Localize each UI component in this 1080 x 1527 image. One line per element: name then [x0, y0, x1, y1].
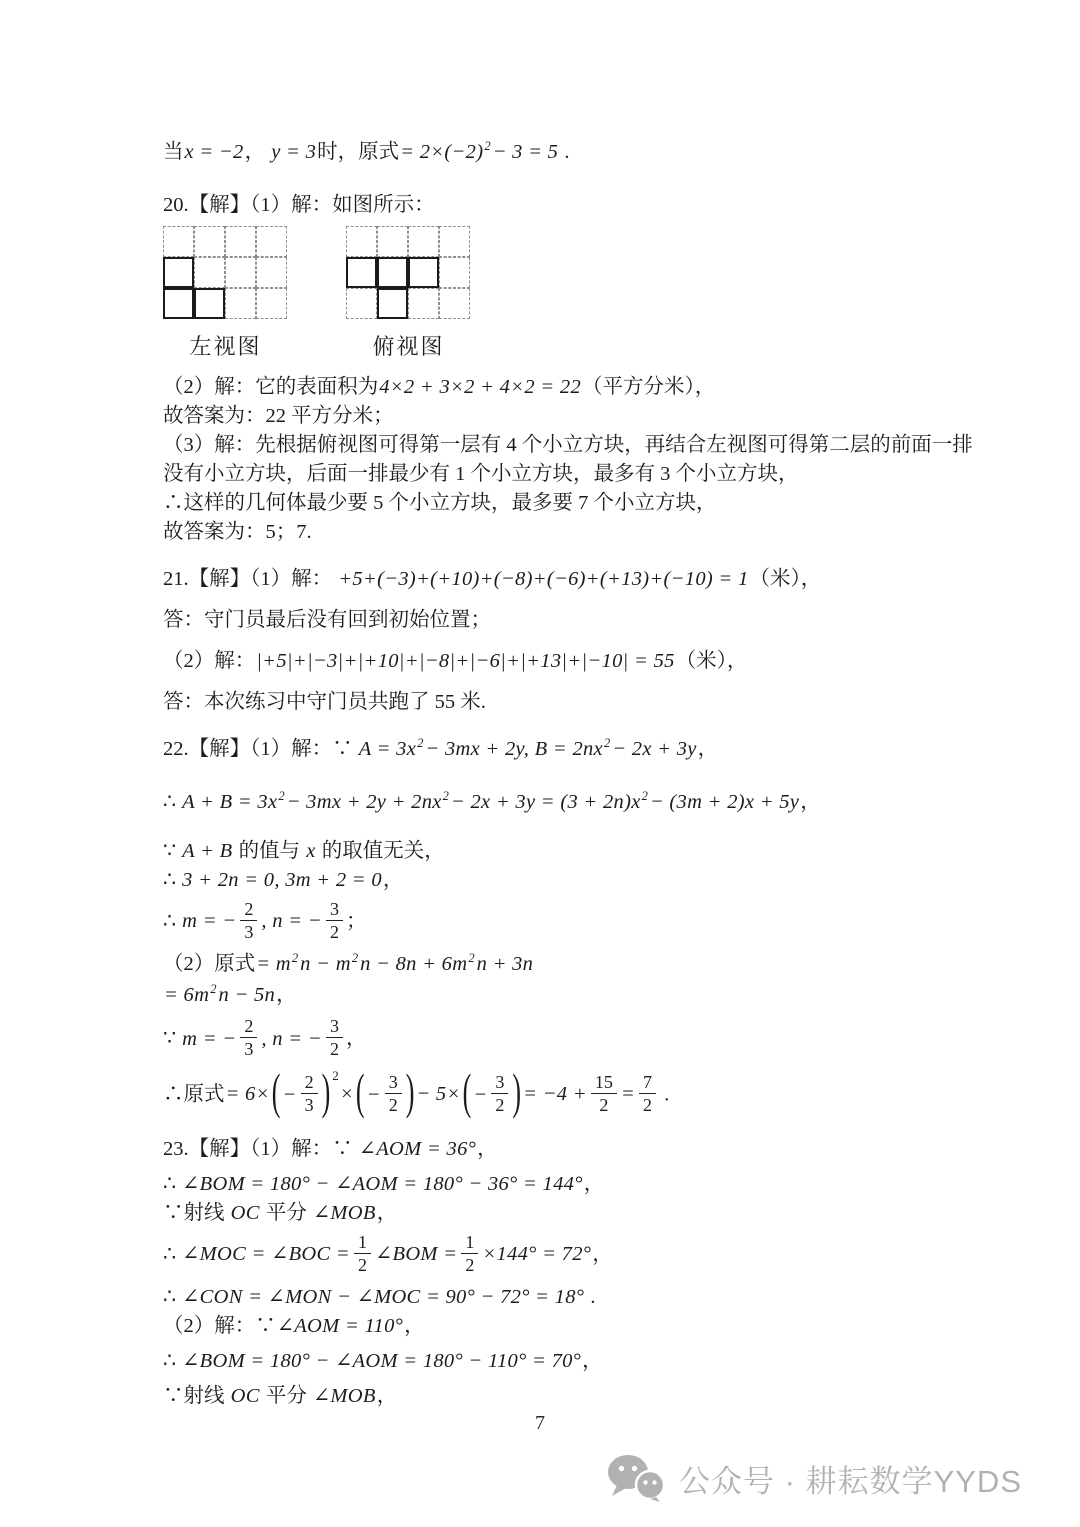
text-run: ∴	[163, 910, 181, 932]
line-20-3c: ∴这样的几何体最少要 5 个小立方块，最多要 7 个小立方块，	[163, 489, 953, 518]
text-run: ，	[477, 1138, 498, 1160]
text-run: 答：守门员最后没有回到初始位置；	[163, 609, 491, 631]
grid-cell	[408, 288, 439, 319]
math-run: y = 3	[270, 141, 317, 163]
math-run: OC	[230, 1202, 261, 1224]
math-run: OC	[230, 1385, 261, 1407]
line-22-2-result: = 6m2n − 5n，	[163, 981, 953, 1012]
line-23-2-bisector: ∵射线 OC 平分 ∠MOB，	[163, 1382, 953, 1411]
document-page: 当x = −2， y = 3时，原式= 2×(−2)2− 3 = 5 .20.【…	[0, 0, 1080, 1527]
math-run: ∠CON = ∠MON − ∠MOC = 90° − 72° = 18°	[181, 1286, 585, 1308]
text-run: 当	[163, 141, 184, 163]
superscript: 2	[210, 982, 217, 996]
text-run: 故答案为：22 平方分米；	[163, 405, 394, 427]
fraction: 12	[461, 1232, 478, 1275]
math-run: n − m	[299, 953, 352, 975]
answer-content: 当x = −2， y = 3时，原式= 2×(−2)2− 3 = 5 .20.【…	[163, 138, 953, 1411]
line-22-eqs: ∴ 3 + 2n = 0, 3m + 2 = 0，	[163, 866, 953, 895]
text-run: 22.【解】（1）解：∵	[163, 738, 358, 760]
grid-cell	[194, 257, 225, 288]
text-run: （2）原式	[163, 953, 255, 975]
text-run: 的值与	[233, 840, 305, 862]
page-number: 7	[535, 1412, 545, 1435]
text-run: （2）解：	[163, 650, 255, 672]
text-run: ∴这样的几何体最少要 5 个小立方块，最多要 7 个小立方块，	[163, 492, 717, 514]
fraction: 32	[385, 1072, 402, 1115]
math-run: = −4 +	[522, 1083, 588, 1105]
fraction: 72	[639, 1072, 656, 1115]
wechat-icon	[607, 1454, 667, 1502]
text-run: ，	[383, 869, 404, 891]
line-22-mn: ∴ m = −23, n = −32；	[163, 901, 953, 944]
grid-cell	[225, 226, 256, 257]
solid-cell	[163, 288, 194, 319]
solid-cell	[377, 288, 408, 319]
solid-cell	[346, 257, 377, 288]
line-21-2: （2）解：|+5|+|−3|+|+10|+|−8|+|−6|+|+13|+|−1…	[163, 647, 953, 676]
text-run: ，	[698, 738, 719, 760]
text-run: ；	[346, 910, 367, 932]
figure-label: 左视图	[163, 332, 288, 361]
math-run: −	[281, 1081, 297, 1110]
line-22-independent: ∵ A + B 的值与 x 的取值无关，	[163, 837, 953, 866]
text-run: （平方分米），	[582, 376, 715, 398]
math-run: ∠AOM = 36°	[358, 1138, 477, 1160]
text-run: .	[559, 141, 569, 163]
math-run: , n = −	[260, 1028, 323, 1050]
math-run: − 3 = 5	[492, 141, 560, 163]
text-run: （米），	[676, 650, 748, 672]
math-run: = 6×	[225, 1083, 271, 1105]
line-23-bom: ∴ ∠BOM = 180° − ∠AOM = 180° − 36° = 144°…	[163, 1170, 953, 1199]
math-run: , n = −	[260, 910, 323, 932]
line-23-bisector: ∵射线 OC 平分 ∠MOB，	[163, 1199, 953, 1228]
line-20-2: （2）解：它的表面积为4×2 + 3×2 + 4×2 = 22（平方分米），	[163, 373, 953, 402]
text-run: .	[585, 1286, 595, 1308]
math-run: 4×2 + 3×2 + 4×2 = 22	[378, 376, 582, 398]
line-23-2: （2）解：∵∠AOM = 110°，	[163, 1312, 953, 1341]
line-20-2-answer: 故答案为：22 平方分米；	[163, 402, 953, 431]
superscript: 2	[292, 951, 299, 965]
grid-cell	[439, 226, 470, 257]
math-run: = 6m	[163, 984, 210, 1006]
text-run: ∵射线	[163, 1202, 230, 1224]
text-run: ，	[346, 1028, 367, 1050]
text-run: ∵	[163, 1028, 181, 1050]
grid-cell	[408, 226, 439, 257]
grid-cell	[256, 226, 287, 257]
math-run: − 2x + 3y = (3 + 2n)x	[450, 791, 642, 813]
math-run: − 3mx + 2y, B = 2nx	[424, 738, 604, 760]
text-run: ∴	[163, 1173, 181, 1195]
view-grid	[163, 226, 288, 320]
figure-top-view: 俯视图	[346, 226, 471, 361]
math-run: ∠BOM = 180° − ∠AOM = 180° − 110° = 70°	[181, 1350, 582, 1372]
line-22-sum: ∴ A + B = 3x2− 3mx + 2y + 2nx2− 2x + 3y …	[163, 788, 953, 819]
superscript: 2	[417, 736, 424, 750]
text-run: ，	[377, 1202, 398, 1224]
math-run: ∠BOM = 180° − ∠AOM = 180° − 36° = 144°	[181, 1173, 584, 1195]
fraction: 23	[301, 1072, 318, 1115]
text-run: ，	[245, 141, 271, 163]
solution-text: 当x = −2， y = 3时，原式= 2×(−2)2− 3 = 5 .20.【…	[163, 138, 953, 1411]
view-grid	[346, 226, 471, 320]
text-run: ∵	[163, 840, 181, 862]
text-run: ，	[592, 1243, 613, 1265]
line-20-3a: （3）解：先根据俯视图可得第一层有 4 个小立方块，再结合左视图可得第二层的前面…	[163, 431, 953, 460]
text-run: ，	[582, 1350, 603, 1372]
line-23-header: 23.【解】（1）解：∵ ∠AOM = 36°，	[163, 1135, 953, 1164]
math-run: − 2x + 3y	[611, 738, 697, 760]
line-22-2-eval: ∴原式= 6×(−23)2×(−32)− 5×(−32)= −4 +152=72…	[163, 1074, 953, 1117]
text-run: （米），	[750, 568, 822, 590]
line-20-3-answer: 故答案为：5；7.	[163, 518, 953, 547]
text-run: （2）解：它的表面积为	[163, 376, 378, 398]
text-run: ，	[584, 1173, 605, 1195]
text-run: ∴	[163, 1286, 181, 1308]
text-run: 23.【解】（1）解：∵	[163, 1138, 358, 1160]
grid-cell	[346, 288, 377, 319]
parenthesized-fraction: (−32)	[462, 1074, 522, 1117]
superscript: 2	[278, 789, 285, 803]
math-run: − 5×	[415, 1083, 461, 1105]
left-paren: (	[272, 1069, 281, 1118]
text-run: （3）解：先根据俯视图可得第一层有 4 个小立方块，再结合左视图可得第二层的前面…	[163, 434, 973, 456]
right-paren: )	[512, 1069, 521, 1118]
math-run: |+5|+|−3|+|+10|+|−8|+|−6|+|+13|+|−10| = …	[255, 650, 675, 672]
text-run: 时，原式	[317, 141, 399, 163]
fraction: 32	[326, 1016, 343, 1059]
math-run: +5+(−3)+(+10)+(−8)+(−6)+(+13)+(−10) = 1	[337, 568, 749, 590]
text-run: ∴	[163, 791, 181, 813]
watermark-text: 公众号 · 耕耘数学YYDS	[679, 1456, 1022, 1501]
line-22-2-simplify: （2）原式= m2n − m2n − 8n + 6m2n + 3n	[163, 950, 953, 981]
math-run: n + 3n	[476, 953, 535, 975]
math-run: A + B	[181, 840, 233, 862]
grid-cell	[439, 288, 470, 319]
line-21-1: 21.【解】（1）解： +5+(−3)+(+10)+(−8)+(−6)+(+13…	[163, 565, 953, 594]
line-23-moc: ∴ ∠MOC = ∠BOC =12∠BOM =12×144° = 72°，	[163, 1234, 953, 1277]
line-22-2-mn: ∵ m = −23, n = −32，	[163, 1018, 953, 1061]
text-run: ∴	[163, 869, 181, 891]
left-paren: (	[356, 1069, 365, 1118]
text-run: 的取值无关，	[317, 840, 445, 862]
solid-cell	[408, 257, 439, 288]
line-22-header: 22.【解】（1）解：∵ A = 3x2− 3mx + 2y, B = 2nx2…	[163, 735, 953, 766]
grid-cell	[256, 257, 287, 288]
text-run: ∴	[163, 1243, 181, 1265]
fraction: 32	[491, 1072, 508, 1115]
figure-label: 俯视图	[346, 332, 471, 361]
math-run: A = 3x	[358, 738, 417, 760]
math-run: ×	[339, 1083, 355, 1105]
superscript: 2	[468, 951, 475, 965]
fraction: 12	[354, 1232, 371, 1275]
fraction: 23	[240, 899, 257, 942]
math-run: =	[620, 1083, 636, 1105]
text-run: ，	[276, 984, 297, 1006]
parenthesized-fraction: (−32)	[355, 1074, 415, 1117]
text-run: 故答案为：5；7.	[163, 521, 312, 543]
grid-cell	[346, 226, 377, 257]
right-paren: )	[322, 1069, 331, 1118]
parenthesized-fraction: (−23)2	[271, 1074, 339, 1117]
text-run: 平分	[261, 1385, 312, 1407]
math-run: = m	[255, 953, 292, 975]
text-run: 答：本次练习中守门员共跑了 55 米.	[163, 691, 486, 713]
line-21-2-answer: 答：本次练习中守门员共跑了 55 米.	[163, 688, 953, 717]
watermark: 公众号 · 耕耘数学YYDS	[607, 1454, 1022, 1502]
math-run: ×144° = 72°	[481, 1243, 592, 1265]
line-21-1-answer: 答：守门员最后没有回到初始位置；	[163, 606, 953, 635]
text-run: 20.【解】（1）解：如图所示：	[163, 194, 435, 216]
grid-cell	[256, 288, 287, 319]
math-run: A + B = 3x	[181, 791, 278, 813]
math-run: x = −2	[184, 141, 245, 163]
text-run: ∴原式	[163, 1083, 225, 1105]
math-run: ∠MOC = ∠BOC =	[181, 1243, 351, 1265]
math-run: −	[472, 1081, 488, 1110]
math-run: − 3mx + 2y + 2nx	[286, 791, 443, 813]
line-23-2-bom: ∴ ∠BOM = 180° − ∠AOM = 180° − 110° = 70°…	[163, 1347, 953, 1376]
line-19-eval: 当x = −2， y = 3时，原式= 2×(−2)2− 3 = 5 .	[163, 138, 953, 169]
math-run: m = −	[181, 910, 237, 932]
grid-cell	[225, 257, 256, 288]
superscript: 2	[352, 951, 359, 965]
math-run: m = −	[181, 1028, 237, 1050]
figure-left-view: 左视图	[163, 226, 288, 361]
superscript: 2	[642, 789, 649, 803]
grid-cell	[377, 226, 408, 257]
fraction: 32	[326, 899, 343, 942]
math-run: −	[366, 1081, 382, 1110]
math-run: = 2×(−2)	[399, 141, 484, 163]
text-run: （2）解：∵	[163, 1315, 276, 1337]
math-run: ∠MOB	[312, 1202, 377, 1224]
grid-cell	[163, 226, 194, 257]
grid-cell	[439, 257, 470, 288]
text-run: 平分	[261, 1202, 312, 1224]
text-run: ，	[377, 1385, 398, 1407]
line-20-3b: 没有小立方块，后面一排最少有 1 个小立方块，最多有 3 个小立方块，	[163, 460, 953, 489]
solid-cell	[194, 288, 225, 319]
solid-cell	[163, 257, 194, 288]
fraction: 152	[591, 1072, 617, 1115]
grid-cell	[225, 288, 256, 319]
left-paren: (	[463, 1069, 472, 1118]
math-run: x	[305, 840, 316, 862]
superscript: 2	[604, 736, 611, 750]
math-run: 3 + 2n = 0, 3m + 2 = 0	[181, 869, 383, 891]
math-run: ∠BOM =	[374, 1243, 458, 1265]
math-run: ∠MOB	[312, 1385, 377, 1407]
superscript: 2	[484, 139, 491, 153]
superscript: 2	[443, 789, 450, 803]
fraction: 23	[240, 1016, 257, 1059]
grid-cell	[194, 226, 225, 257]
text-run: ∴	[163, 1350, 181, 1372]
line-20-header: 20.【解】（1）解：如图所示：	[163, 191, 953, 220]
superscript: 2	[332, 1061, 339, 1090]
math-run: n − 8n + 6m	[359, 953, 468, 975]
math-run: ∠AOM = 110°	[276, 1315, 404, 1337]
math-run: − (3m + 2)x + 5y	[649, 791, 800, 813]
text-run: ∵射线	[163, 1385, 230, 1407]
solid-cell	[377, 257, 408, 288]
text-run: .	[659, 1083, 669, 1105]
text-run: ，	[404, 1315, 425, 1337]
view-figures: 左视图俯视图	[163, 226, 953, 361]
math-run: n − 5n	[217, 984, 276, 1006]
text-run: 没有小立方块，后面一排最少有 1 个小立方块，最多有 3 个小立方块，	[163, 463, 799, 485]
text-run: ，	[800, 791, 821, 813]
text-run: 21.【解】（1）解：	[163, 568, 337, 590]
right-paren: )	[406, 1069, 415, 1118]
line-23-con: ∴ ∠CON = ∠MON − ∠MOC = 90° − 72° = 18° .	[163, 1283, 953, 1312]
